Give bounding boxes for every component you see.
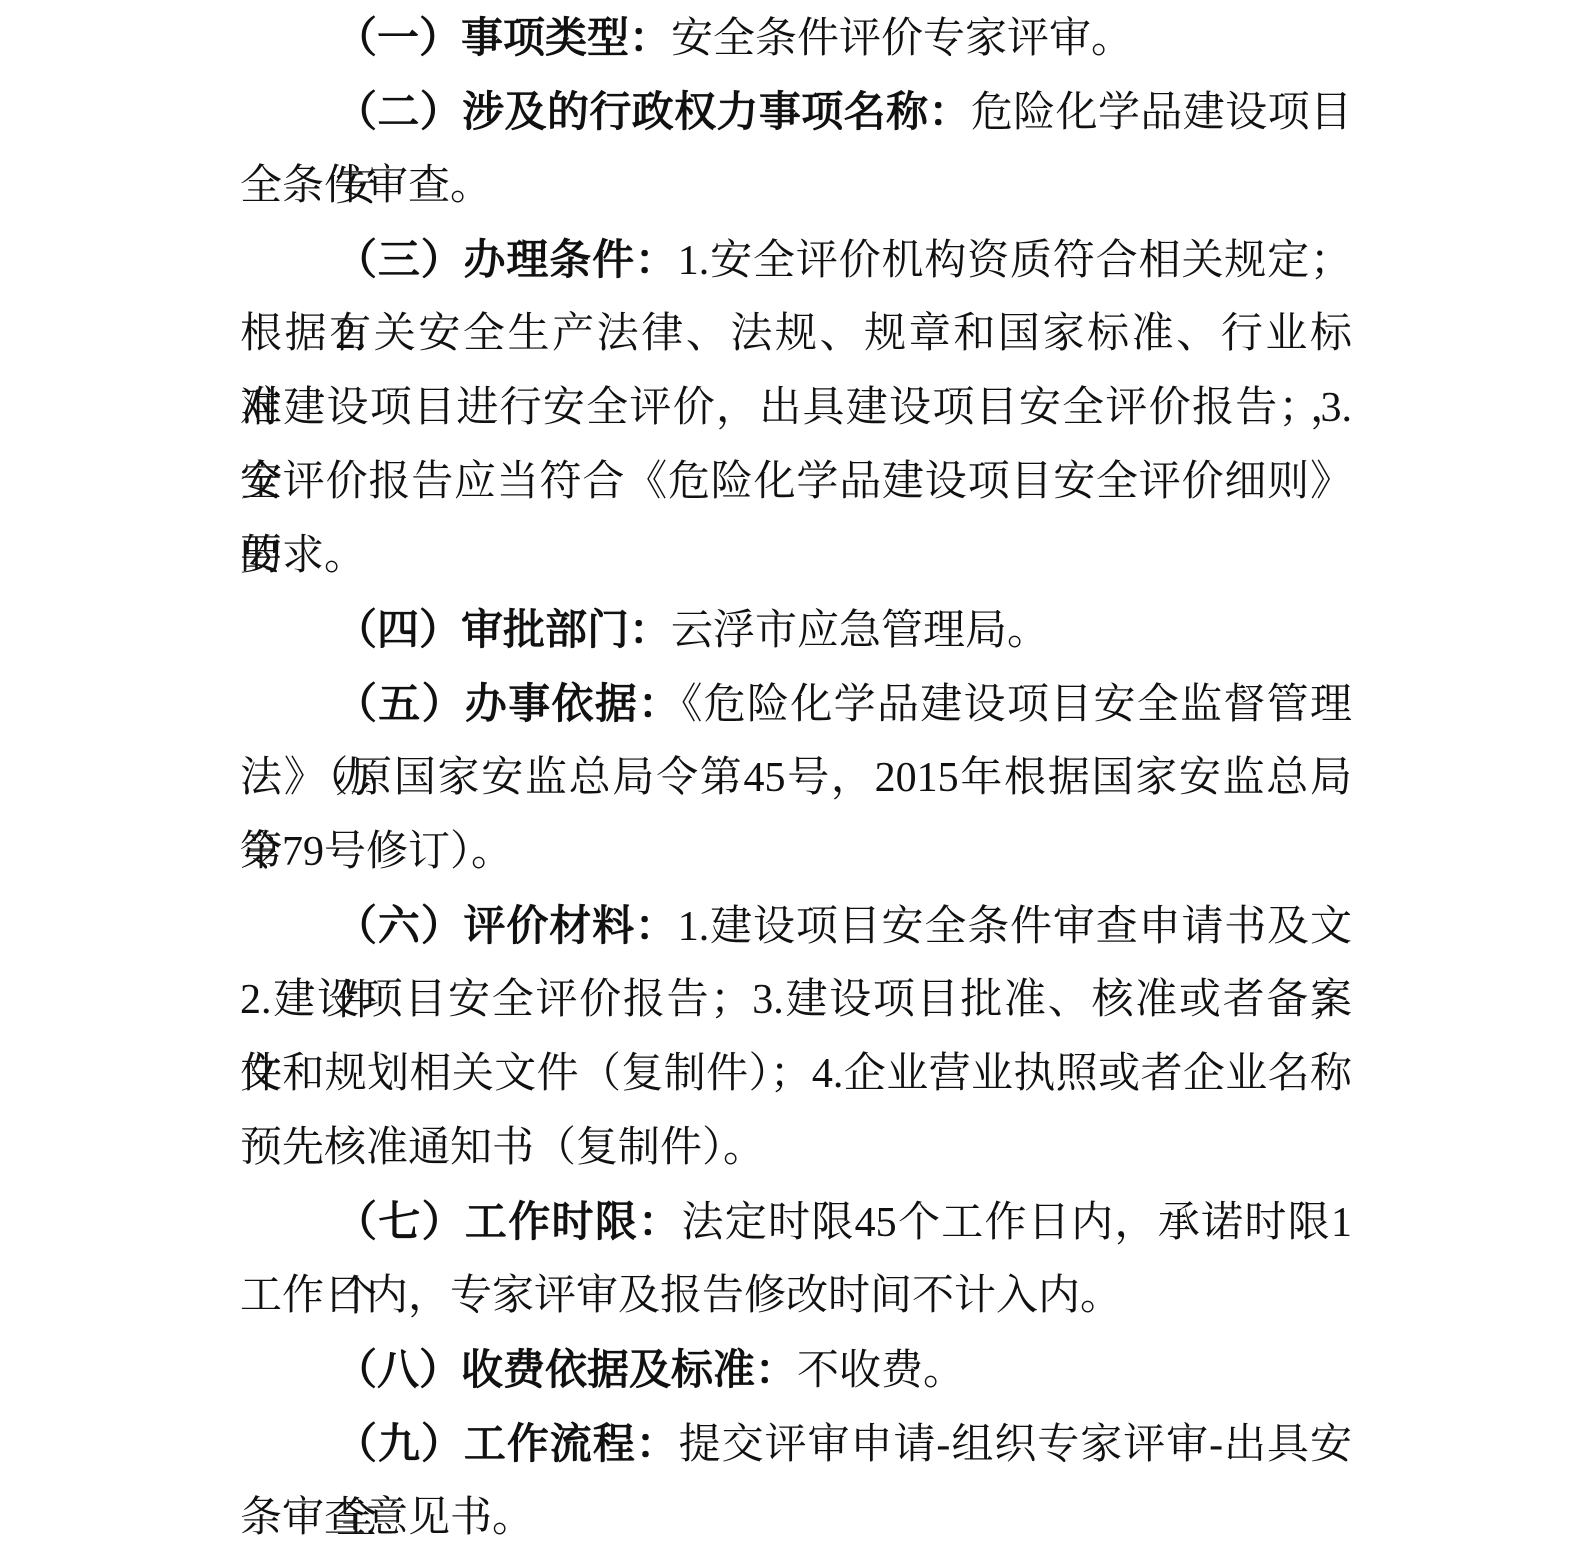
section-label: （六）评价材料： [335,902,678,949]
body-text: 云浮市应急管理局。 [671,608,1049,654]
text-line: 对建设项目进行安全评价，出具建设项目安全评价报告；3.安 [240,371,1352,445]
text-line: （二）涉及的行政权力事项名称：危险化学品建设项目安 [240,75,1352,149]
body-text: 不收费。 [797,1348,965,1394]
text-line: （四）审批部门：云浮市应急管理局。 [240,593,1352,667]
section-label: （二）涉及的行政权力事项名称： [335,88,971,135]
text-line: 件和规划相关文件（复制件）；4.企业营业执照或者企业名称 [240,1037,1352,1111]
text-line: 2.建设项目安全评价报告；3.建设项目批准、核准或者备案文 [240,963,1352,1037]
section-label: （一）事项类型： [335,14,671,61]
body-text: 预先核准通知书（复制件）。 [240,1125,765,1171]
text-line: 全条件审查。 [240,149,1352,223]
text-line: 根据有关安全生产法律、法规、规章和国家标准、行业标准， [240,297,1352,371]
body-text: 第79号修订）。 [240,829,513,875]
text-line: 工作日内，专家评审及报告修改时间不计入内。 [240,1259,1352,1333]
text-line: （一）事项类型：安全条件评价专家评审。 [240,1,1352,75]
text-line: 预先核准通知书（复制件）。 [240,1111,1352,1185]
text-line: （五）办事依据：《危险化学品建设项目安全监督管理办 [240,667,1352,741]
body-text: 条审查意见书。 [240,1495,534,1541]
text-line: （九）工作流程：提交评审申请-组织专家评审-出具安全 [240,1407,1352,1481]
section-label: （四）审批部门： [335,606,671,653]
text-line: （七）工作时限：法定时限45个工作日内，承诺时限1个 [240,1185,1352,1259]
body-text: 工作日内，专家评审及报告修改时间不计入内。 [240,1273,1122,1319]
section-label: （七）工作时限： [335,1198,681,1245]
body-text: 全条件审查。 [240,163,492,209]
body-text: 安全条件评价专家评审。 [671,16,1133,62]
body-text: 要求。 [240,533,366,579]
text-line: （八）收费依据及标准：不收费。 [240,1333,1352,1407]
text-line: 要求。 [240,519,1352,593]
text-line: 条审查意见书。 [240,1481,1352,1555]
section-label: （九）工作流程： [335,1420,679,1467]
text-line: 全评价报告应当符合《危险化学品建设项目安全评价细则》的 [240,445,1352,519]
body-text: 件和规划相关文件（复制件）；4.企业营业执照或者企业名称 [240,1051,1352,1097]
text-line: 第79号修订）。 [240,815,1352,889]
text-line: （三）办理条件：1.安全评价机构资质符合相关规定；2. [240,223,1352,297]
section-label: （八）收费依据及标准： [335,1346,797,1393]
text-line: 法》（原国家安监总局令第45号，2015年根据国家安监总局令 [240,741,1352,815]
document-page: （一）事项类型：安全条件评价专家评审。（二）涉及的行政权力事项名称：危险化学品建… [240,0,1352,1555]
text-line: （六）评价材料：1.建设项目安全条件审查申请书及文件； [240,889,1352,963]
section-label: （五）办事依据： [335,680,681,727]
section-label: （三）办理条件： [335,236,678,283]
